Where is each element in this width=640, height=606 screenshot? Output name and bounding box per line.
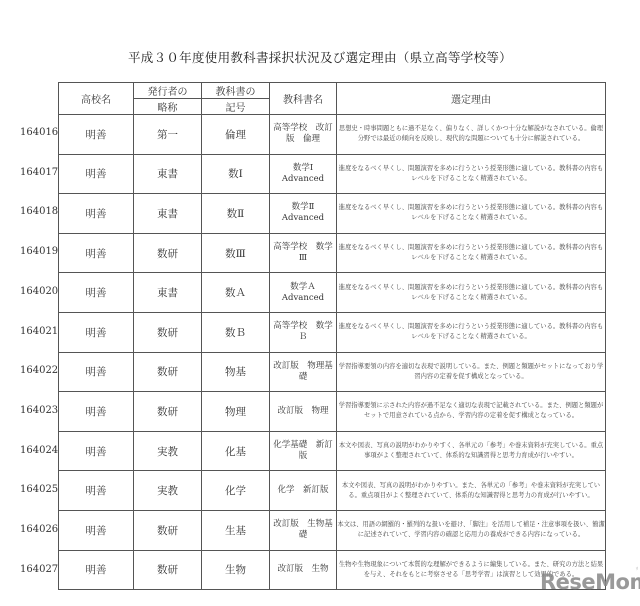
- school-code: 164017: [20, 167, 60, 178]
- cell-school: 明善: [59, 273, 134, 313]
- cell-book: 数学Ⅰ Advanced: [270, 154, 337, 194]
- cell-book: 高等学校 改訂版 倫理: [270, 115, 337, 155]
- school-code: 164018: [20, 206, 60, 217]
- cell-reason: 進度をなるべく早くし、問題演習を多めに行うという授業形態に適している。教科書の内…: [337, 233, 606, 273]
- cell-symbol: 生基: [202, 510, 270, 550]
- cell-publisher: 数研: [134, 233, 202, 273]
- table-row: 明善東書数Ⅰ数学Ⅰ Advanced進度をなるべく早くし、問題演習を多めに行うと…: [59, 154, 606, 194]
- cell-reason: 進度をなるべく早くし、問題演習を多めに行うという授業形態に適している。教科書の内…: [337, 194, 606, 234]
- resemom-watermark-logo: ReseMom リセマム: [540, 570, 640, 594]
- cell-publisher: 実教: [134, 471, 202, 511]
- cell-symbol: 生物: [202, 550, 270, 590]
- school-code: 164023: [20, 405, 60, 416]
- cell-symbol: 数Ⅰ: [202, 154, 270, 194]
- cell-publisher: 実教: [134, 431, 202, 471]
- cell-publisher: 数研: [134, 352, 202, 392]
- cell-reason: 本文や図表、写真の説明がわかりやすい。また、各単元の「参考」や巻末資料が充実して…: [337, 471, 606, 511]
- cell-reason: 学習指導要領に示された内容が過不足なく適切な表現で記載されている。また、例題と類…: [337, 392, 606, 432]
- header-reason: 選定理由: [337, 83, 606, 115]
- header-school: 高校名: [59, 83, 134, 115]
- cell-symbol: 数Ａ: [202, 273, 270, 313]
- cell-publisher: 東書: [134, 273, 202, 313]
- watermark-sub: リセマム: [635, 566, 640, 572]
- cell-book: 数学Ⅱ Advanced: [270, 194, 337, 234]
- cell-school: 明善: [59, 431, 134, 471]
- cell-publisher: 数研: [134, 312, 202, 352]
- document-title: 平成３０年度使用教科書採択状況及び選定理由（県立高等学校等）: [0, 48, 640, 66]
- school-code: 164024: [20, 445, 60, 456]
- school-code: 164026: [20, 524, 60, 535]
- cell-book: 改訂版 生物基礎: [270, 510, 337, 550]
- table-row: 明善数研数Ｂ高等学校 数学Ｂ進度をなるべく早くし、問題演習を多めに行うという授業…: [59, 312, 606, 352]
- table-row: 明善数研物理改訂版 物理学習指導要領に示された内容が過不足なく適切な表現で記載さ…: [59, 392, 606, 432]
- cell-symbol: 物基: [202, 352, 270, 392]
- cell-school: 明善: [59, 154, 134, 194]
- cell-publisher: 数研: [134, 550, 202, 590]
- cell-symbol: 化基: [202, 431, 270, 471]
- table-row: 明善東書数Ⅱ数学Ⅱ Advanced進度をなるべく早くし、問題演習を多めに行うと…: [59, 194, 606, 234]
- table-row: 明善数研数Ⅲ高等学校 数学Ⅲ進度をなるべく早くし、問題演習を多めに行うという授業…: [59, 233, 606, 273]
- school-code: 164016: [20, 127, 60, 138]
- cell-school: 明善: [59, 392, 134, 432]
- cell-reason: 進度をなるべく早くし、問題演習を多めに行うという授業形態に適している。教科書の内…: [337, 154, 606, 194]
- table-row: 明善東書数Ａ数学Ａ Advanced進度をなるべく早くし、問題演習を多めに行うと…: [59, 273, 606, 313]
- table-row: 明善第一倫理高等学校 改訂版 倫理思想史・時事問題ともに過不足なく、偏りなく、詳…: [59, 115, 606, 155]
- cell-symbol: 化学: [202, 471, 270, 511]
- table-row: 明善数研生基改訂版 生物基礎本文は、用語の網羅的・羅列的な扱いを避け、「脚注」を…: [59, 510, 606, 550]
- cell-reason: 本文や図表、写真の説明がわかりやすく、各単元の「参考」や巻末資料が充実している。…: [337, 431, 606, 471]
- cell-reason: 思想史・時事問題ともに過不足なく、偏りなく、詳しくかつ十分な解説がなされている。…: [337, 115, 606, 155]
- cell-publisher: 第一: [134, 115, 202, 155]
- table-row: 明善実教化基化学基礎 新訂版本文や図表、写真の説明がわかりやすく、各単元の「参考…: [59, 431, 606, 471]
- cell-school: 明善: [59, 233, 134, 273]
- cell-school: 明善: [59, 194, 134, 234]
- cell-reason: 進度をなるべく早くし、問題演習を多めに行うという授業形態に適している。教科書の内…: [337, 273, 606, 313]
- header-book: 教科書名: [270, 83, 337, 115]
- cell-publisher: 東書: [134, 154, 202, 194]
- cell-reason: 学習指導要領の内容を適切な表現で説明している。また、例題と類題がセットになってお…: [337, 352, 606, 392]
- cell-reason: 本文は、用語の網羅的・羅列的な扱いを避け、「脚注」を活用して補足・注意事項を扱い…: [337, 510, 606, 550]
- cell-symbol: 物理: [202, 392, 270, 432]
- cell-book: 数学Ａ Advanced: [270, 273, 337, 313]
- cell-book: 改訂版 物理基礎: [270, 352, 337, 392]
- cell-school: 明善: [59, 471, 134, 511]
- header-publisher-top: 発行者の: [134, 83, 202, 99]
- header-publisher-bottom: 略称: [134, 99, 202, 115]
- school-code: 164022: [20, 365, 60, 376]
- header-symbol-bottom: 記号: [202, 99, 270, 115]
- header-symbol-top: 教科書の: [202, 83, 270, 99]
- cell-symbol: 数Ⅲ: [202, 233, 270, 273]
- cell-publisher: 数研: [134, 510, 202, 550]
- table-row: 明善数研物基改訂版 物理基礎学習指導要領の内容を適切な表現で説明している。また、…: [59, 352, 606, 392]
- cell-book: 化学基礎 新訂版: [270, 431, 337, 471]
- cell-book: 高等学校 数学Ｂ: [270, 312, 337, 352]
- cell-symbol: 倫理: [202, 115, 270, 155]
- cell-book: 改訂版 物理: [270, 392, 337, 432]
- watermark-brand: ReseMom: [540, 570, 640, 594]
- cell-school: 明善: [59, 510, 134, 550]
- cell-book: 高等学校 数学Ⅲ: [270, 233, 337, 273]
- cell-book: 化学 新訂版: [270, 471, 337, 511]
- school-code: 164019: [20, 246, 60, 257]
- table-row: 明善実教化学化学 新訂版本文や図表、写真の説明がわかりやすい。また、各単元の「参…: [59, 471, 606, 511]
- cell-school: 明善: [59, 115, 134, 155]
- cell-publisher: 数研: [134, 392, 202, 432]
- cell-book: 改訂版 生物: [270, 550, 337, 590]
- school-code: 164027: [20, 564, 60, 575]
- cell-school: 明善: [59, 550, 134, 590]
- cell-symbol: 数Ⅱ: [202, 194, 270, 234]
- table-row: 明善数研生物改訂版 生物生物や生物現象について本質的な理解ができるように編集して…: [59, 550, 606, 590]
- textbook-adoption-table: 高校名 発行者の 教科書の 教科書名 選定理由 略称 記号 明善第一倫理高等学校…: [58, 82, 606, 590]
- cell-reason: 進度をなるべく早くし、問題演習を多めに行うという授業形態に適している。教科書の内…: [337, 312, 606, 352]
- cell-school: 明善: [59, 312, 134, 352]
- cell-publisher: 東書: [134, 194, 202, 234]
- school-code: 164020: [20, 286, 60, 297]
- cell-symbol: 数Ｂ: [202, 312, 270, 352]
- school-code: 164025: [20, 484, 60, 495]
- cell-school: 明善: [59, 352, 134, 392]
- school-code: 164021: [20, 326, 60, 337]
